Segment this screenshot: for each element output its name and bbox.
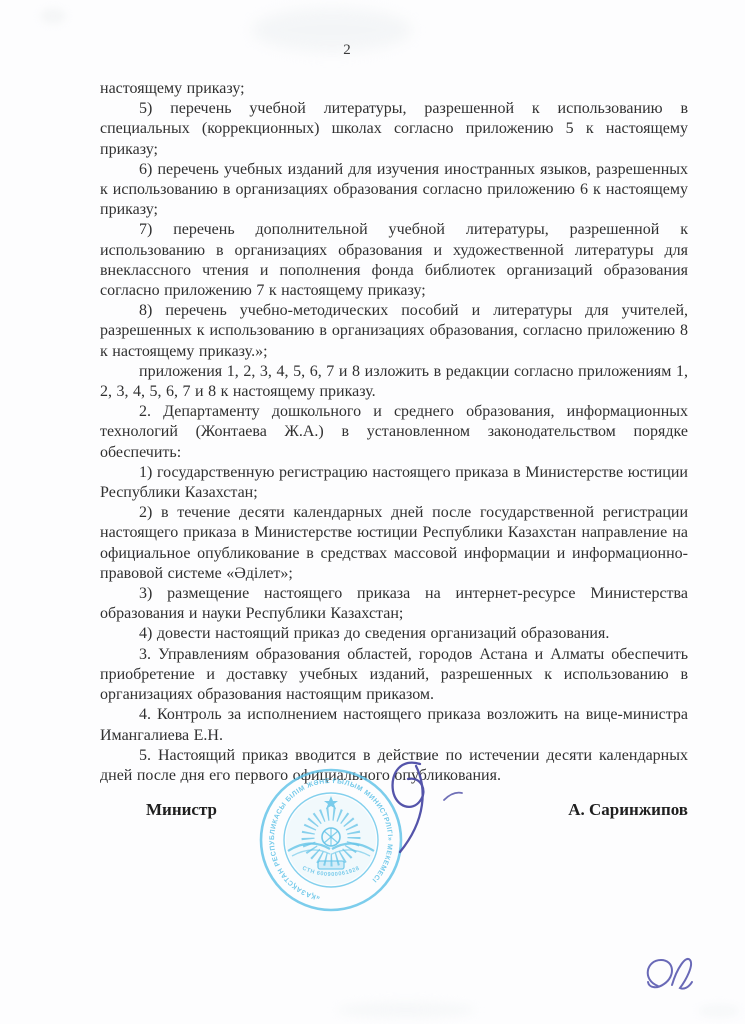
- body-paragraph: 2) в течение десяти календарных дней пос…: [100, 503, 688, 584]
- document-page: 2 настоящему приказу;5) перечень учебной…: [0, 0, 745, 1024]
- body-paragraph: настоящему приказу;: [100, 79, 688, 99]
- minister-signature-icon: [350, 756, 470, 864]
- body-paragraph: 6) перечень учебных изданий для изучения…: [100, 160, 688, 221]
- page-number: 2: [0, 42, 694, 59]
- body-paragraph: 3) размещение настоящего приказа на инте…: [100, 584, 688, 624]
- body-paragraph: 4) довести настоящий приказ до сведения …: [100, 624, 688, 644]
- body-paragraph: 8) перечень учебно-методических пособий …: [100, 301, 688, 362]
- initials-mark-icon: [628, 948, 718, 1014]
- minister-title: Министр: [100, 800, 217, 820]
- body-paragraph: 1) государственную регистрацию настоящег…: [100, 463, 688, 503]
- body-paragraph: 3. Управлениям образования областей, гор…: [100, 645, 688, 706]
- body-paragraph: приложения 1, 2, 3, 4, 5, 6, 7 и 8 излож…: [100, 362, 688, 402]
- minister-name: А. Саринжипов: [568, 800, 688, 820]
- scan-artifact: [40, 8, 66, 24]
- body-paragraph: 2. Департаменту дошкольного и среднего о…: [100, 402, 688, 463]
- body-paragraph: 7) перечень дополнительной учебной литер…: [100, 220, 688, 301]
- body-paragraph: 4. Контроль за исполнением настоящего пр…: [100, 705, 688, 745]
- document-body: настоящему приказу;5) перечень учебной л…: [100, 79, 688, 786]
- body-paragraph: 5) перечень учебной литературы, разрешен…: [100, 99, 688, 160]
- scan-artifact: [336, 1002, 476, 1018]
